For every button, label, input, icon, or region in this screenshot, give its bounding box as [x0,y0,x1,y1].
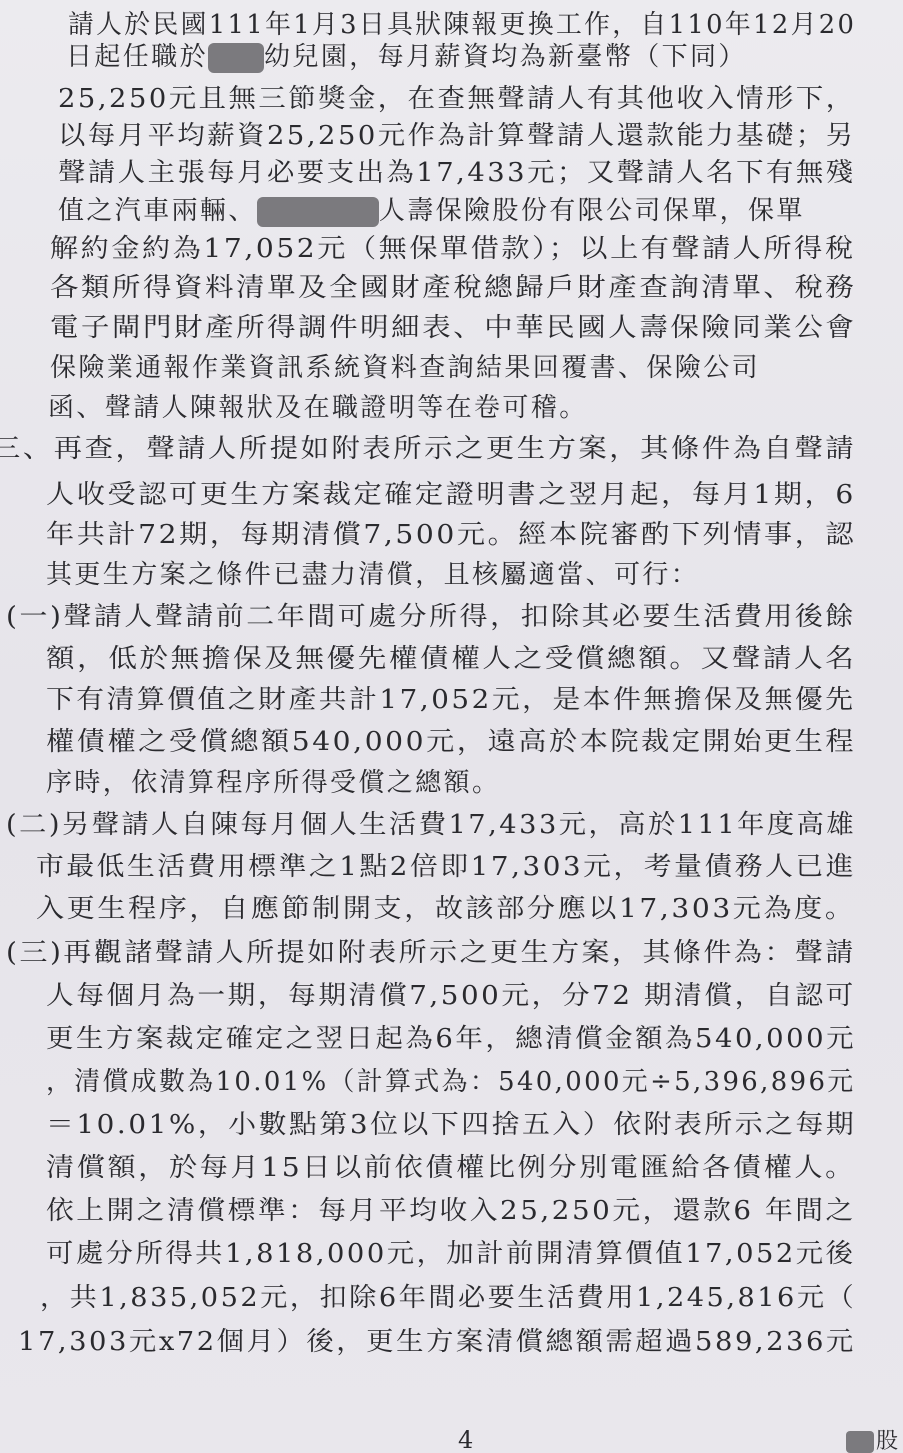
text-line: 人每個月為一期，每期清償7,500元，分72 期清償，自認可 [46,981,856,1011]
line-text: 17,303元x72個月）後，更生方案清償總額需超過589,236元 [18,1327,856,1357]
line-text: 函、聲請人陳報狀及在職證明等在卷可稽。 [48,393,588,423]
text-line: 權債權之受償總額540,000元，遠高於本院裁定開始更生程 [46,727,856,757]
redaction-block [257,197,379,227]
line-text: 以每月平均薪資25,250元作為計算聲請人還款能力基礎；另 [58,121,856,151]
line-text-after-redaction: 人壽保險股份有限公司保單，保單 [379,196,805,226]
line-text: 依上開之清償標準：每月平均收入25,250元，還款6 年間之 [46,1196,856,1226]
text-line: 額，低於無擔保及無優先權債權人之受償總額。又聲請人名 [46,644,856,674]
line-text: 保險業通報作業資訊系統資料查詢結果回覆書、保險公司 [50,353,760,383]
line-text: 聲請人主張每月必要支出為17,433元；又聲請人名下有無殘 [58,158,856,188]
text-line: 清償額，於每月15日以前依債權比例分別電匯給各債權人。 [46,1153,856,1183]
line-text: 25,250元且無三節獎金，在查無聲請人有其他收入情形下， [58,84,856,114]
text-line: 依上開之清償標準：每月平均收入25,250元，還款6 年間之 [46,1196,856,1226]
text-line: 更生方案裁定確定之翌日起為6年，總清償金額為540,000元 [46,1024,856,1054]
text-line: 序時，依清算程序所得受償之總額。 [46,768,500,798]
line-text: 清償額，於每月15日以前依債權比例分別電匯給各債權人。 [46,1153,856,1183]
line-text: 序時，依清算程序所得受償之總額。 [46,768,500,798]
footer-unit-label: 股 [846,1424,898,1453]
line-text: 額，低於無擔保及無優先權債權人之受償總額。又聲請人名 [46,644,856,674]
text-line: 各類所得資料清單及全國財產稅總歸戶財產查詢清單、稅務 [50,273,856,303]
line-text: (一)聲請人聲請前二年間可處分所得，扣除其必要生活費用後餘 [6,602,856,632]
text-line: ，共1,835,052元，扣除6年間必要生活費用1,245,816元（ [40,1283,856,1313]
line-text: 請人於民國111年1月3日具狀陳報更換工作，自110年12月20 [68,10,856,40]
text-line: (一)聲請人聲請前二年間可處分所得，扣除其必要生活費用後餘 [6,602,856,632]
text-line: 17,303元x72個月）後，更生方案清償總額需超過589,236元 [18,1327,856,1357]
text-line: 其更生方案之條件已盡力清償，且核屬適當、可行： [46,560,699,590]
text-line: 人收受認可更生方案裁定確定證明書之翌月起，每月1期，6 [46,480,856,510]
line-text: 三、再查，聲請人所提如附表所示之更生方案，其條件為自聲請 [0,434,856,464]
text-line: 以每月平均薪資25,250元作為計算聲請人還款能力基礎；另 [58,121,856,151]
line-text: 人收受認可更生方案裁定確定證明書之翌月起，每月1期，6 [46,480,856,510]
text-line: ，清償成數為10.01%（計算式為：540,000元÷5,396,896元 [46,1067,856,1097]
text-line: 函、聲請人陳報狀及在職證明等在卷可稽。 [48,393,588,423]
line-text: 更生方案裁定確定之翌日起為6年，總清償金額為540,000元 [46,1024,856,1054]
text-line: 下有清算價值之財產共計17,052元，是本件無擔保及無優先 [46,685,856,715]
line-text: ，共1,835,052元，扣除6年間必要生活費用1,245,816元（ [40,1283,856,1313]
text-line: 25,250元且無三節獎金，在查無聲請人有其他收入情形下， [58,84,856,114]
text-line: ＝10.01%，小數點第3位以下四捨五入）依附表所示之每期 [46,1110,856,1140]
text-line: 請人於民國111年1月3日具狀陳報更換工作，自110年12月20 [68,10,856,40]
text-line: 解約金約為17,052元（無保單借款）；以上有聲請人所得稅 [50,234,856,264]
line-text: 人每個月為一期，每期清償7,500元，分72 期清償，自認可 [46,981,856,1011]
redaction-block [846,1431,874,1453]
line-text: 權債權之受償總額540,000元，遠高於本院裁定開始更生程 [46,727,856,757]
line-text: 電子閘門財產所得調件明細表、中華民國人壽保險同業公會 [50,313,856,343]
text-line: 可處分所得共1,818,000元，加計前開清算價值17,052元後 [46,1239,855,1269]
text-line: 三、再查，聲請人所提如附表所示之更生方案，其條件為自聲請 [0,434,856,464]
line-text-before-redaction: 日起任職於 [66,42,208,72]
text-line: (二)另聲請人自陳每月個人生活費17,433元，高於111年度高雄 [6,810,856,840]
footer-unit-suffix: 股 [876,1429,898,1453]
line-text: 年共計72期，每期清償7,500元。經本院審酌下列情事，認 [46,520,856,550]
line-text: 下有清算價值之財產共計17,052元，是本件無擔保及無優先 [46,685,856,715]
line-text: ，清償成數為10.01%（計算式為：540,000元÷5,396,896元 [46,1067,856,1097]
redaction-block [208,43,264,73]
line-text: 市最低生活費用標準之1點2倍即17,303元，考量債務人已進 [36,852,856,882]
document-page: 請人於民國111年1月3日具狀陳報更換工作，自110年12月20日起任職於幼兒園… [0,0,903,1453]
line-text: (二)另聲請人自陳每月個人生活費17,433元，高於111年度高雄 [6,810,856,840]
text-line: 值之汽車兩輛、人壽保險股份有限公司保單，保單 [58,196,805,227]
text-line: 保險業通報作業資訊系統資料查詢結果回覆書、保險公司 [50,353,760,383]
line-text: 可處分所得共1,818,000元，加計前開清算價值17,052元後 [46,1239,855,1269]
line-text: 各類所得資料清單及全國財產稅總歸戶財產查詢清單、稅務 [50,273,856,303]
text-line: (三)再觀諸聲請人所提如附表所示之更生方案，其條件為：聲請 [6,938,856,968]
text-line: 電子閘門財產所得調件明細表、中華民國人壽保險同業公會 [50,313,856,343]
text-line: 市最低生活費用標準之1點2倍即17,303元，考量債務人已進 [36,852,856,882]
text-line: 日起任職於幼兒園，每月薪資均為新臺幣（下同） [66,42,747,73]
page-number: 4 [458,1426,473,1453]
text-line: 年共計72期，每期清償7,500元。經本院審酌下列情事，認 [46,520,856,550]
text-line: 入更生程序，自應節制開支，故該部分應以17,303元為度。 [36,894,856,924]
line-text: 入更生程序，自應節制開支，故該部分應以17,303元為度。 [36,894,856,924]
line-text: 解約金約為17,052元（無保單借款）；以上有聲請人所得稅 [50,234,856,264]
line-text-after-redaction: 幼兒園，每月薪資均為新臺幣（下同） [264,42,747,72]
line-text: (三)再觀諸聲請人所提如附表所示之更生方案，其條件為：聲請 [6,938,856,968]
text-line: 聲請人主張每月必要支出為17,433元；又聲請人名下有無殘 [58,158,856,188]
line-text: 其更生方案之條件已盡力清償，且核屬適當、可行： [46,560,699,590]
line-text-before-redaction: 值之汽車兩輛、 [58,196,257,226]
line-text: ＝10.01%，小數點第3位以下四捨五入）依附表所示之每期 [46,1110,856,1140]
